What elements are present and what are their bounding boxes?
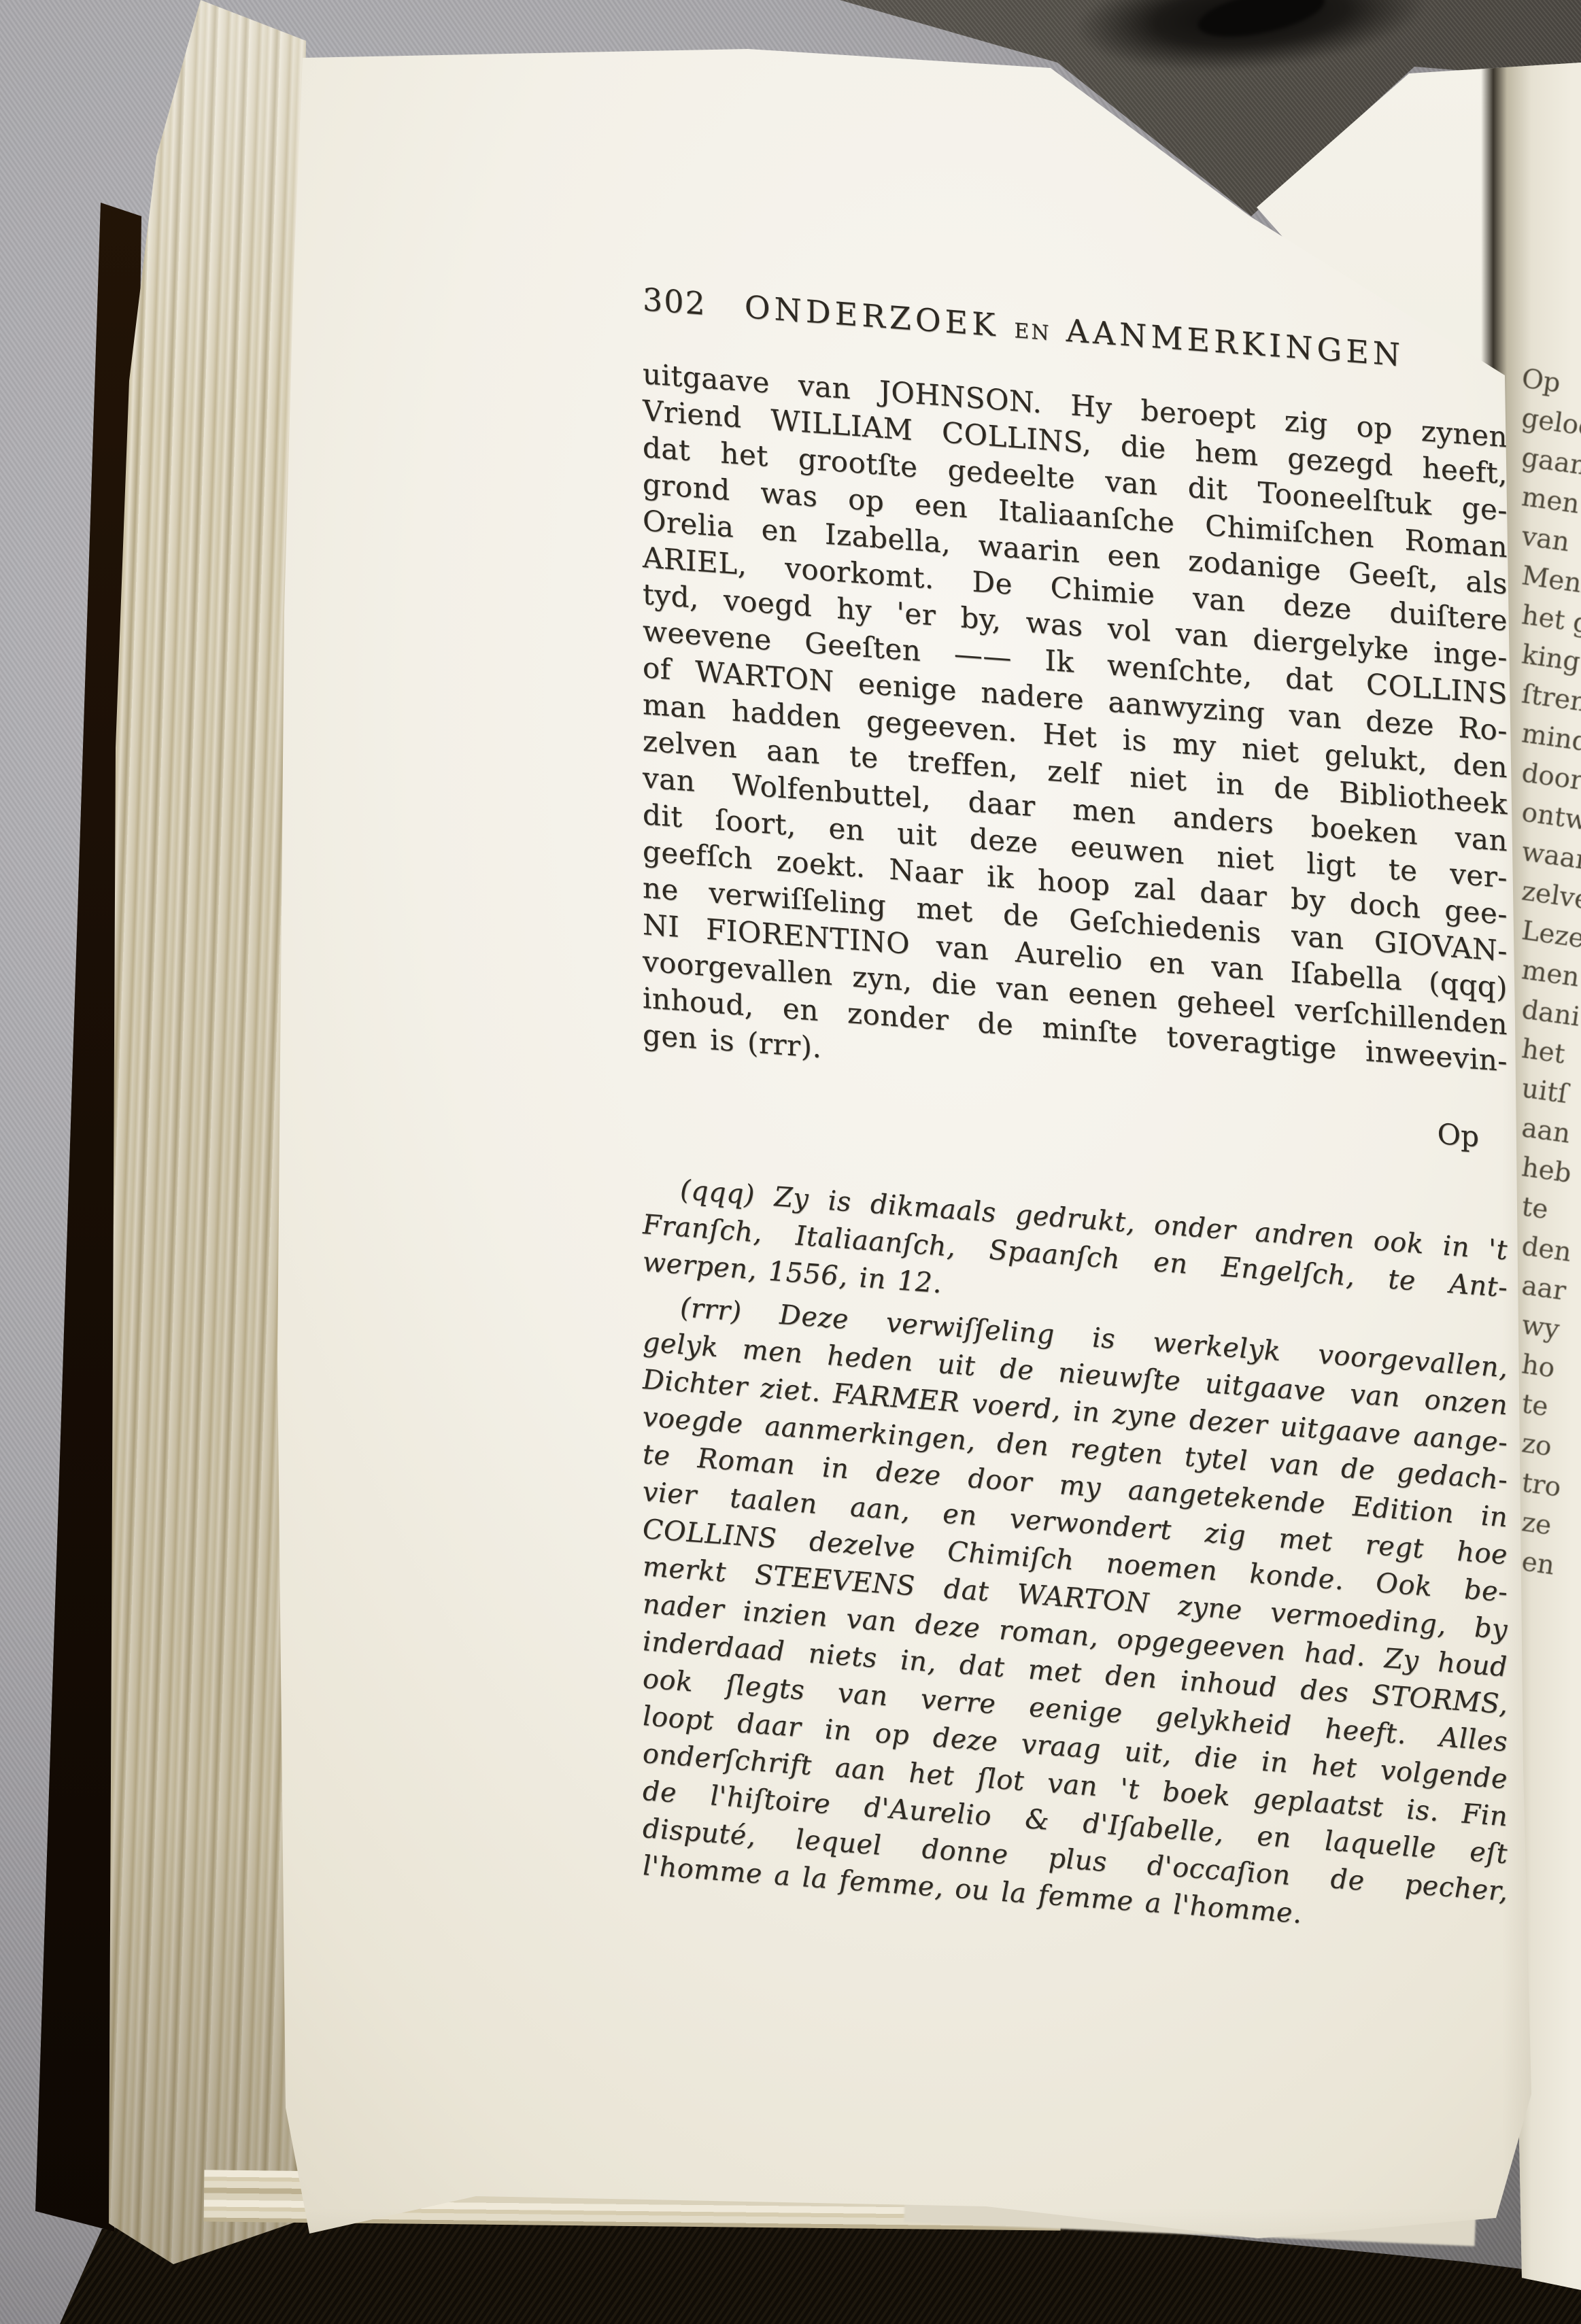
running-title-left: ONDERZOEK [745,288,1000,345]
footnote-rrr: (rrr) Deze verwiſſeling is werkelyk voor… [643,1286,1508,1948]
running-title-connector: EN [1015,312,1051,353]
running-title-right: AANMERKINGEN [1066,311,1404,375]
book-photo: OpgeloogaanmenvanMenſchhet gebking dſtre… [0,0,1581,2324]
catchword: Op [1438,1117,1479,1154]
printed-text-block: 302 ONDERZOEK EN AANMERKINGEN uitgaave v… [643,280,1508,1948]
next-page-text-fragments: OpgeloogaanmenvanMenſchhet gebking dſtre… [1522,359,1581,1582]
page-number: 302 [643,280,707,323]
body-paragraph: uitgaave van JOHNSON. Hy beroept zig op … [643,356,1508,1116]
next-page-fragment: en [1519,1542,1581,1590]
